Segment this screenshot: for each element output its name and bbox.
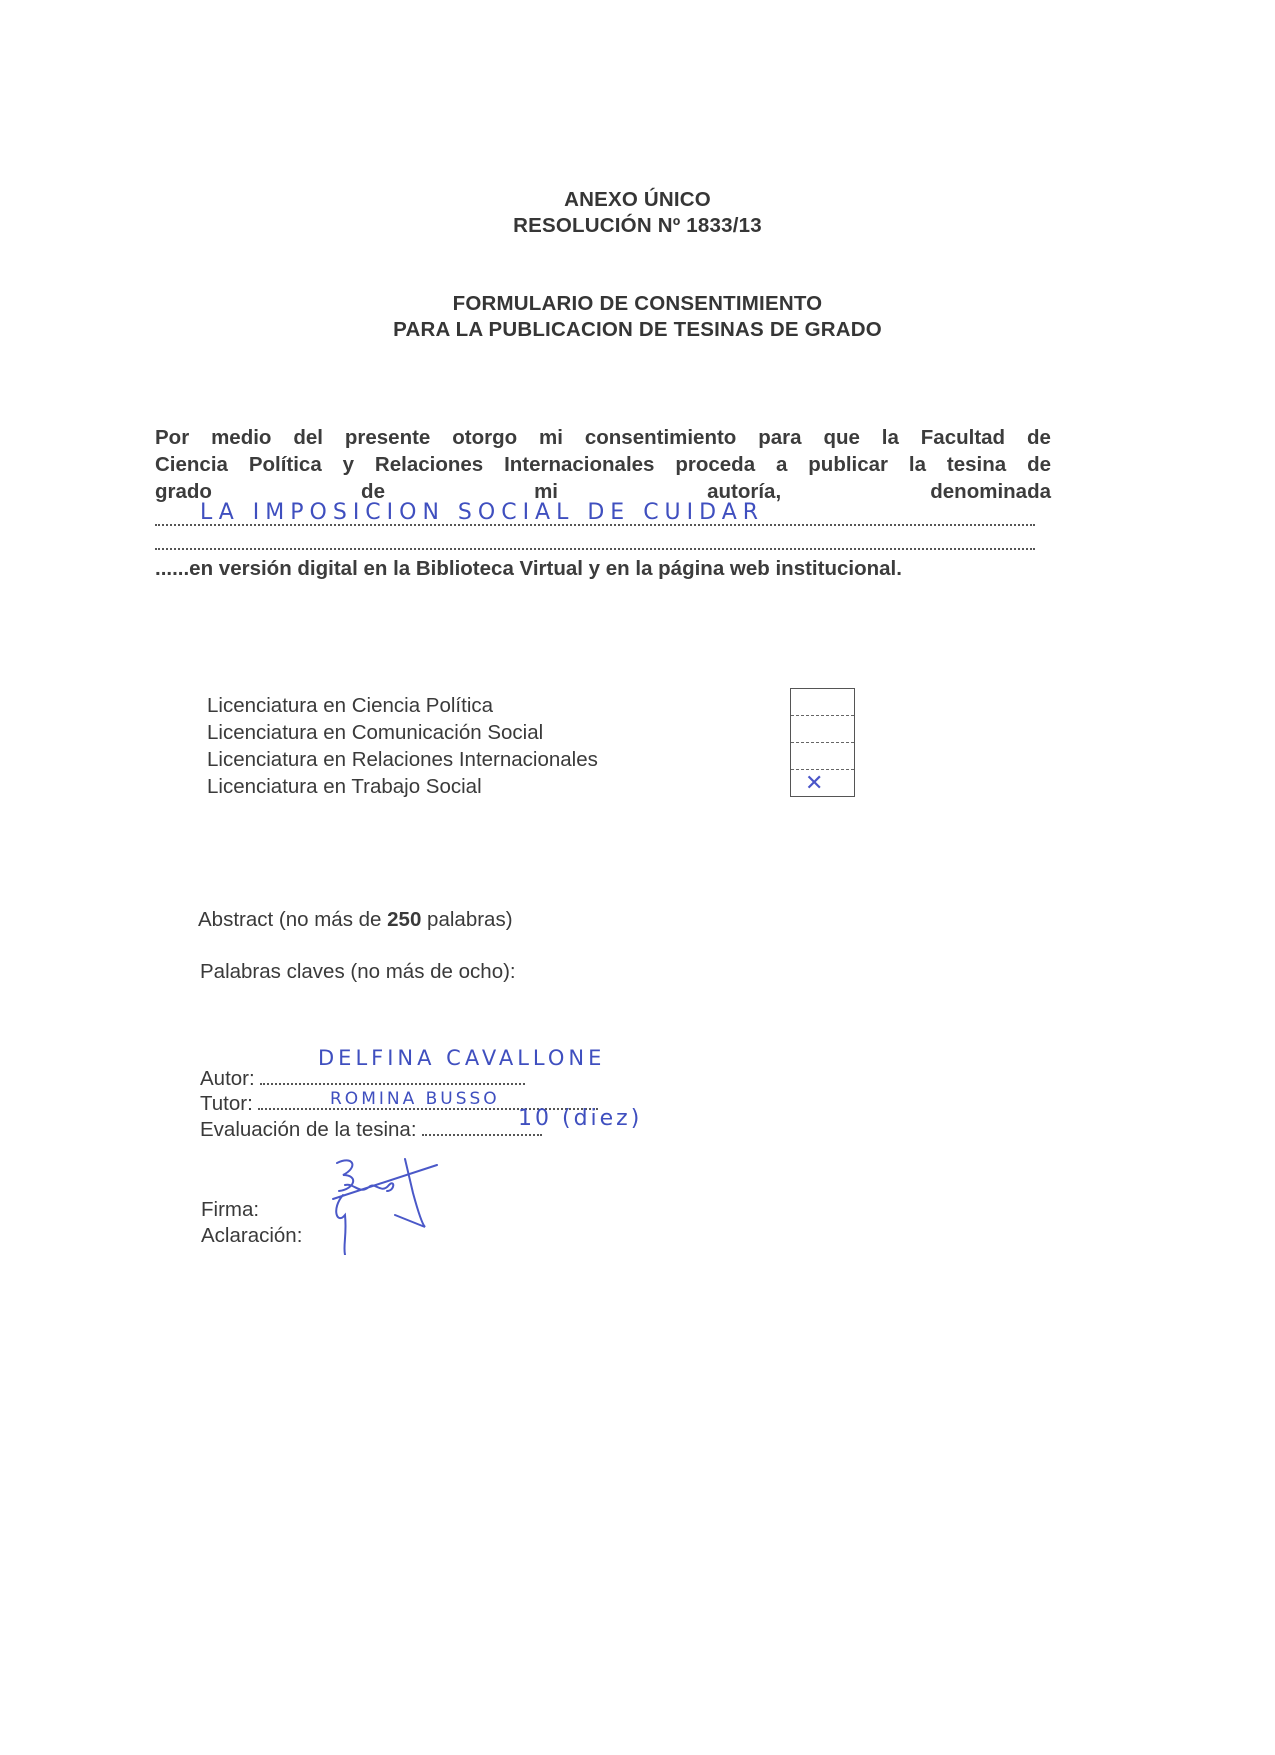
resolution-heading: RESOLUCIÓN Nº 1833/13 — [0, 214, 1275, 238]
consent-word: a — [776, 451, 787, 478]
author-field: Autor: — [200, 1067, 525, 1091]
consent-word: publicar — [808, 451, 888, 478]
author-dotted-line — [260, 1069, 525, 1085]
consent-word: de — [1027, 424, 1051, 451]
consent-word: denominada — [930, 478, 1051, 505]
career-option-label: Licenciatura en Trabajo Social — [207, 773, 598, 800]
signature-scribble — [325, 1155, 455, 1255]
clarification-label: Aclaración: — [201, 1224, 302, 1248]
abstract-word-limit: 250 — [387, 908, 421, 931]
abstract-label-post: palabras) — [421, 908, 512, 931]
consent-word: Política — [249, 451, 322, 478]
check-x-icon: ✕ — [805, 773, 823, 793]
consent-word: Por — [155, 424, 189, 451]
author-handwritten: DELFINA CAVALLONE — [318, 1046, 605, 1070]
career-checkbox[interactable] — [791, 743, 854, 770]
career-checkbox[interactable]: ✕ — [791, 770, 854, 796]
career-checkbox-column: ✕ — [790, 688, 855, 797]
consent-word: que — [823, 424, 859, 451]
abstract-label: Abstract (no más de 250 palabras) — [198, 908, 513, 932]
evaluation-handwritten: 10 (diez) — [518, 1106, 642, 1131]
consent-word: de — [1027, 451, 1051, 478]
evaluation-label: Evaluación de la tesina: — [200, 1118, 422, 1141]
consent-word: medio — [211, 424, 271, 451]
consent-word: otorgo — [452, 424, 517, 451]
tutor-label: Tutor: — [200, 1092, 258, 1115]
form-title-line1: FORMULARIO DE CONSENTIMIENTO — [0, 292, 1275, 316]
consent-line-2: CienciaPolíticayRelacionesInternacionale… — [155, 451, 1051, 478]
consent-word: tesina — [947, 451, 1006, 478]
consent-word: Internacionales — [504, 451, 654, 478]
consent-word: del — [293, 424, 323, 451]
keywords-label: Palabras claves (no más de ocho): — [200, 960, 516, 984]
consent-form-page: ANEXO ÚNICO RESOLUCIÓN Nº 1833/13 FORMUL… — [0, 0, 1275, 1755]
tutor-handwritten: ROMINA BUSSO — [330, 1089, 500, 1109]
consent-word: mi — [539, 424, 563, 451]
publication-statement: ......en versión digital en la Bibliotec… — [155, 557, 1051, 581]
consent-word: la — [882, 424, 899, 451]
consent-word: proceda — [675, 451, 755, 478]
consent-paragraph: Pormediodelpresenteotorgomiconsentimient… — [155, 424, 1051, 505]
career-option-label: Licenciatura en Comunicación Social — [207, 719, 598, 746]
thesis-title-handwritten: LA IMPOSICION SOCIAL DE CUIDAR — [200, 500, 764, 525]
career-checkbox[interactable] — [791, 689, 854, 716]
consent-word: Facultad — [921, 424, 1005, 451]
evaluation-field: Evaluación de la tesina: — [200, 1118, 542, 1142]
consent-word: la — [909, 451, 926, 478]
consent-word: y — [343, 451, 354, 478]
thesis-title-dotted-line-1 — [155, 524, 1035, 526]
career-checkbox[interactable] — [791, 716, 854, 743]
signature-label: Firma: — [201, 1198, 259, 1222]
career-option-label: Licenciatura en Ciencia Política — [207, 692, 598, 719]
consent-word: Ciencia — [155, 451, 228, 478]
consent-word: para — [758, 424, 801, 451]
form-title-line2: PARA LA PUBLICACION DE TESINAS DE GRADO — [0, 318, 1275, 342]
career-option-label: Licenciatura en Relaciones Internacional… — [207, 746, 598, 773]
consent-word: consentimiento — [585, 424, 737, 451]
consent-word: Relaciones — [375, 451, 483, 478]
thesis-title-dotted-line-2 — [155, 548, 1035, 550]
author-label: Autor: — [200, 1067, 260, 1090]
consent-word: presente — [345, 424, 430, 451]
consent-line-1: Pormediodelpresenteotorgomiconsentimient… — [155, 424, 1051, 451]
career-list: Licenciatura en Ciencia PolíticaLicencia… — [207, 692, 598, 800]
annex-heading: ANEXO ÚNICO — [0, 188, 1275, 212]
abstract-label-pre: Abstract (no más de — [198, 908, 387, 931]
